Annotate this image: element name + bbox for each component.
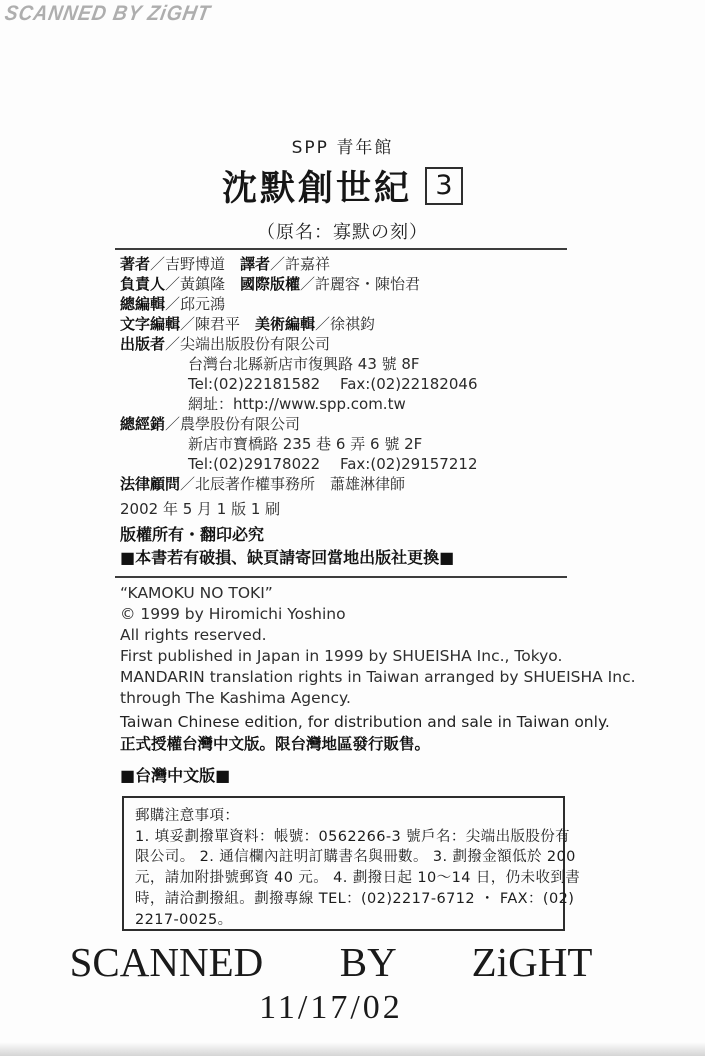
text-line: 時，請洽劃撥組。劃撥專線 TEL：(02)2217-6712 ・ FAX：(02… (135, 889, 552, 910)
credit-line: 文字編輯／陳君平 美術編輯／徐祺鈞 (120, 314, 590, 334)
credit-value: ／黃鎮隆 (165, 275, 240, 293)
credits-block: 著者／吉野博道 譯者／許嘉祥負責人／黃鎮隆 國際版權／許麗容・陳怡君總編輯／邱元… (120, 254, 590, 494)
scanner-credit-date: 11/17/02 (0, 989, 662, 1027)
credit-role-label: 國際版權 (240, 275, 300, 293)
credit-value: ／農學股份有限公司 (165, 415, 300, 433)
mail-order-notice-box: 郵購注意事項： 1. 填妥劃撥單資料：帳號：0562266-3 號戶名：尖端出版… (122, 796, 565, 931)
credit-line: Tel:(02)29178022 Fax:(02)29157212 (120, 454, 590, 474)
credit-role-label: 著者 (120, 255, 150, 273)
mail-order-title: 郵購注意事項： (135, 806, 552, 827)
mail-order-lines: 1. 填妥劃撥單資料：帳號：0562266-3 號戶名：尖端出版股份有限公司。 … (135, 827, 552, 931)
edition-line: 2002 年 5 月 1 版 1 刷 (120, 498, 280, 519)
text-line: All rights reserved. (120, 625, 636, 646)
credit-role-label: 總經銷 (120, 415, 165, 433)
credit-value: 新店市寶橋路 235 巷 6 弄 6 號 2F (188, 435, 422, 453)
scanner-credit-block: SCANNED BY ZiGHT 11/17/02 (0, 938, 662, 1027)
scan-edge-shadow (0, 1042, 705, 1056)
taiwan-edition-block: Taiwan Chinese edition, for distribution… (120, 711, 610, 755)
credit-value: 網址：http://www.spp.com.tw (188, 395, 406, 413)
credit-role-label: 法律顧問 (120, 475, 180, 493)
text-line: MANDARIN translation rights in Taiwan ar… (120, 667, 636, 688)
divider-top (115, 248, 567, 250)
english-copyright-block: “KAMOKU NO TOKI”© 1999 by Hiromichi Yosh… (120, 583, 636, 709)
credit-line: 總經銷／農學股份有限公司 (120, 414, 590, 434)
title-block: SPP 青年館 沈默創世紀3 （原名：寡默の刻） (0, 133, 685, 244)
rights-line-2: ■本書若有破損、缺頁請寄回當地出版社更換■ (120, 547, 454, 570)
text-line: “KAMOKU NO TOKI” (120, 583, 636, 604)
credit-value: ／北辰著作權事務所 蕭雄淋律師 (180, 475, 405, 493)
credit-value: ／陳君平 (180, 315, 255, 333)
colophon-page: SCANNED BY ZiGHT SPP 青年館 沈默創世紀3 （原名：寡默の刻… (0, 0, 705, 1056)
credit-value: 台灣台北縣新店市復興路 43 號 8F (188, 355, 420, 373)
credit-line: 總編輯／邱元鴻 (120, 294, 590, 314)
text-line: 2217-0025。 (135, 910, 552, 931)
credit-value: Tel:(02)29178022 Fax:(02)29157212 (188, 455, 477, 473)
credit-line: 著者／吉野博道 譯者／許嘉祥 (120, 254, 590, 274)
credit-value: ／許嘉祥 (270, 255, 330, 273)
credit-line: 出版者／尖端出版股份有限公司 (120, 334, 590, 354)
credit-value: ／許麗容・陳怡君 (300, 275, 420, 293)
text-line: 元，請加附掛號郵資 40 元。 4. 劃撥日起 10～14 日，仍未收到書 (135, 868, 552, 889)
credit-line: 網址：http://www.spp.com.tw (120, 394, 590, 414)
credit-role-label: 譯者 (240, 255, 270, 273)
text-line: 限公司。 2. 通信欄內註明訂購書名與冊數。 3. 劃撥金額低於 200 (135, 847, 552, 868)
original-title: （原名：寡默の刻） (0, 218, 685, 244)
scanner-watermark-top: SCANNED BY ZiGHT (3, 2, 213, 26)
taiwan-edition-chinese: 正式授權台灣中文版。限台灣地區發行販售。 (120, 733, 610, 755)
text-line: © 1999 by Hiromichi Yoshino (120, 604, 636, 625)
text-line: 1. 填妥劃撥單資料：帳號：0562266-3 號戶名：尖端出版股份有 (135, 827, 552, 848)
credit-value: ／尖端出版股份有限公司 (165, 335, 330, 353)
credit-role-label: 文字編輯 (120, 315, 180, 333)
scanner-credit-name: SCANNED BY ZiGHT (0, 938, 662, 986)
credit-line: 負責人／黃鎮隆 國際版權／許麗容・陳怡君 (120, 274, 590, 294)
credit-value: ／邱元鴻 (165, 295, 225, 313)
rights-line-1: 版權所有・翻印必究 (120, 524, 454, 547)
imprint-label: SPP 青年館 (0, 133, 685, 158)
credit-value: ／徐祺鈞 (315, 315, 375, 333)
credit-line: 法律顧問／北辰著作權事務所 蕭雄淋律師 (120, 474, 590, 494)
text-line: through The Kashima Agency. (120, 688, 636, 709)
text-line: First published in Japan in 1999 by SHUE… (120, 646, 636, 667)
credit-role-label: 出版者 (120, 335, 165, 353)
credit-line: 新店市寶橋路 235 巷 6 弄 6 號 2F (120, 434, 590, 454)
credit-role-label: 美術編輯 (255, 315, 315, 333)
rights-notice: 版權所有・翻印必究 ■本書若有破損、缺頁請寄回當地出版社更換■ (120, 524, 454, 569)
taiwan-edition-english: Taiwan Chinese edition, for distribution… (120, 711, 610, 733)
credit-line: Tel:(02)22181582 Fax:(02)22182046 (120, 374, 590, 394)
credit-value: ／吉野博道 (150, 255, 240, 273)
book-title-text: 沈默創世紀 (222, 169, 412, 209)
credit-role-label: 總編輯 (120, 295, 165, 313)
credit-line: 台灣台北縣新店市復興路 43 號 8F (120, 354, 590, 374)
credit-role-label: 負責人 (120, 275, 165, 293)
volume-number-box: 3 (425, 167, 463, 205)
taiwan-edition-tag: ■台灣中文版■ (120, 763, 230, 786)
credit-value: Tel:(02)22181582 Fax:(02)22182046 (188, 375, 477, 393)
book-title: 沈默創世紀3 (0, 161, 685, 211)
divider-middle (115, 576, 567, 578)
